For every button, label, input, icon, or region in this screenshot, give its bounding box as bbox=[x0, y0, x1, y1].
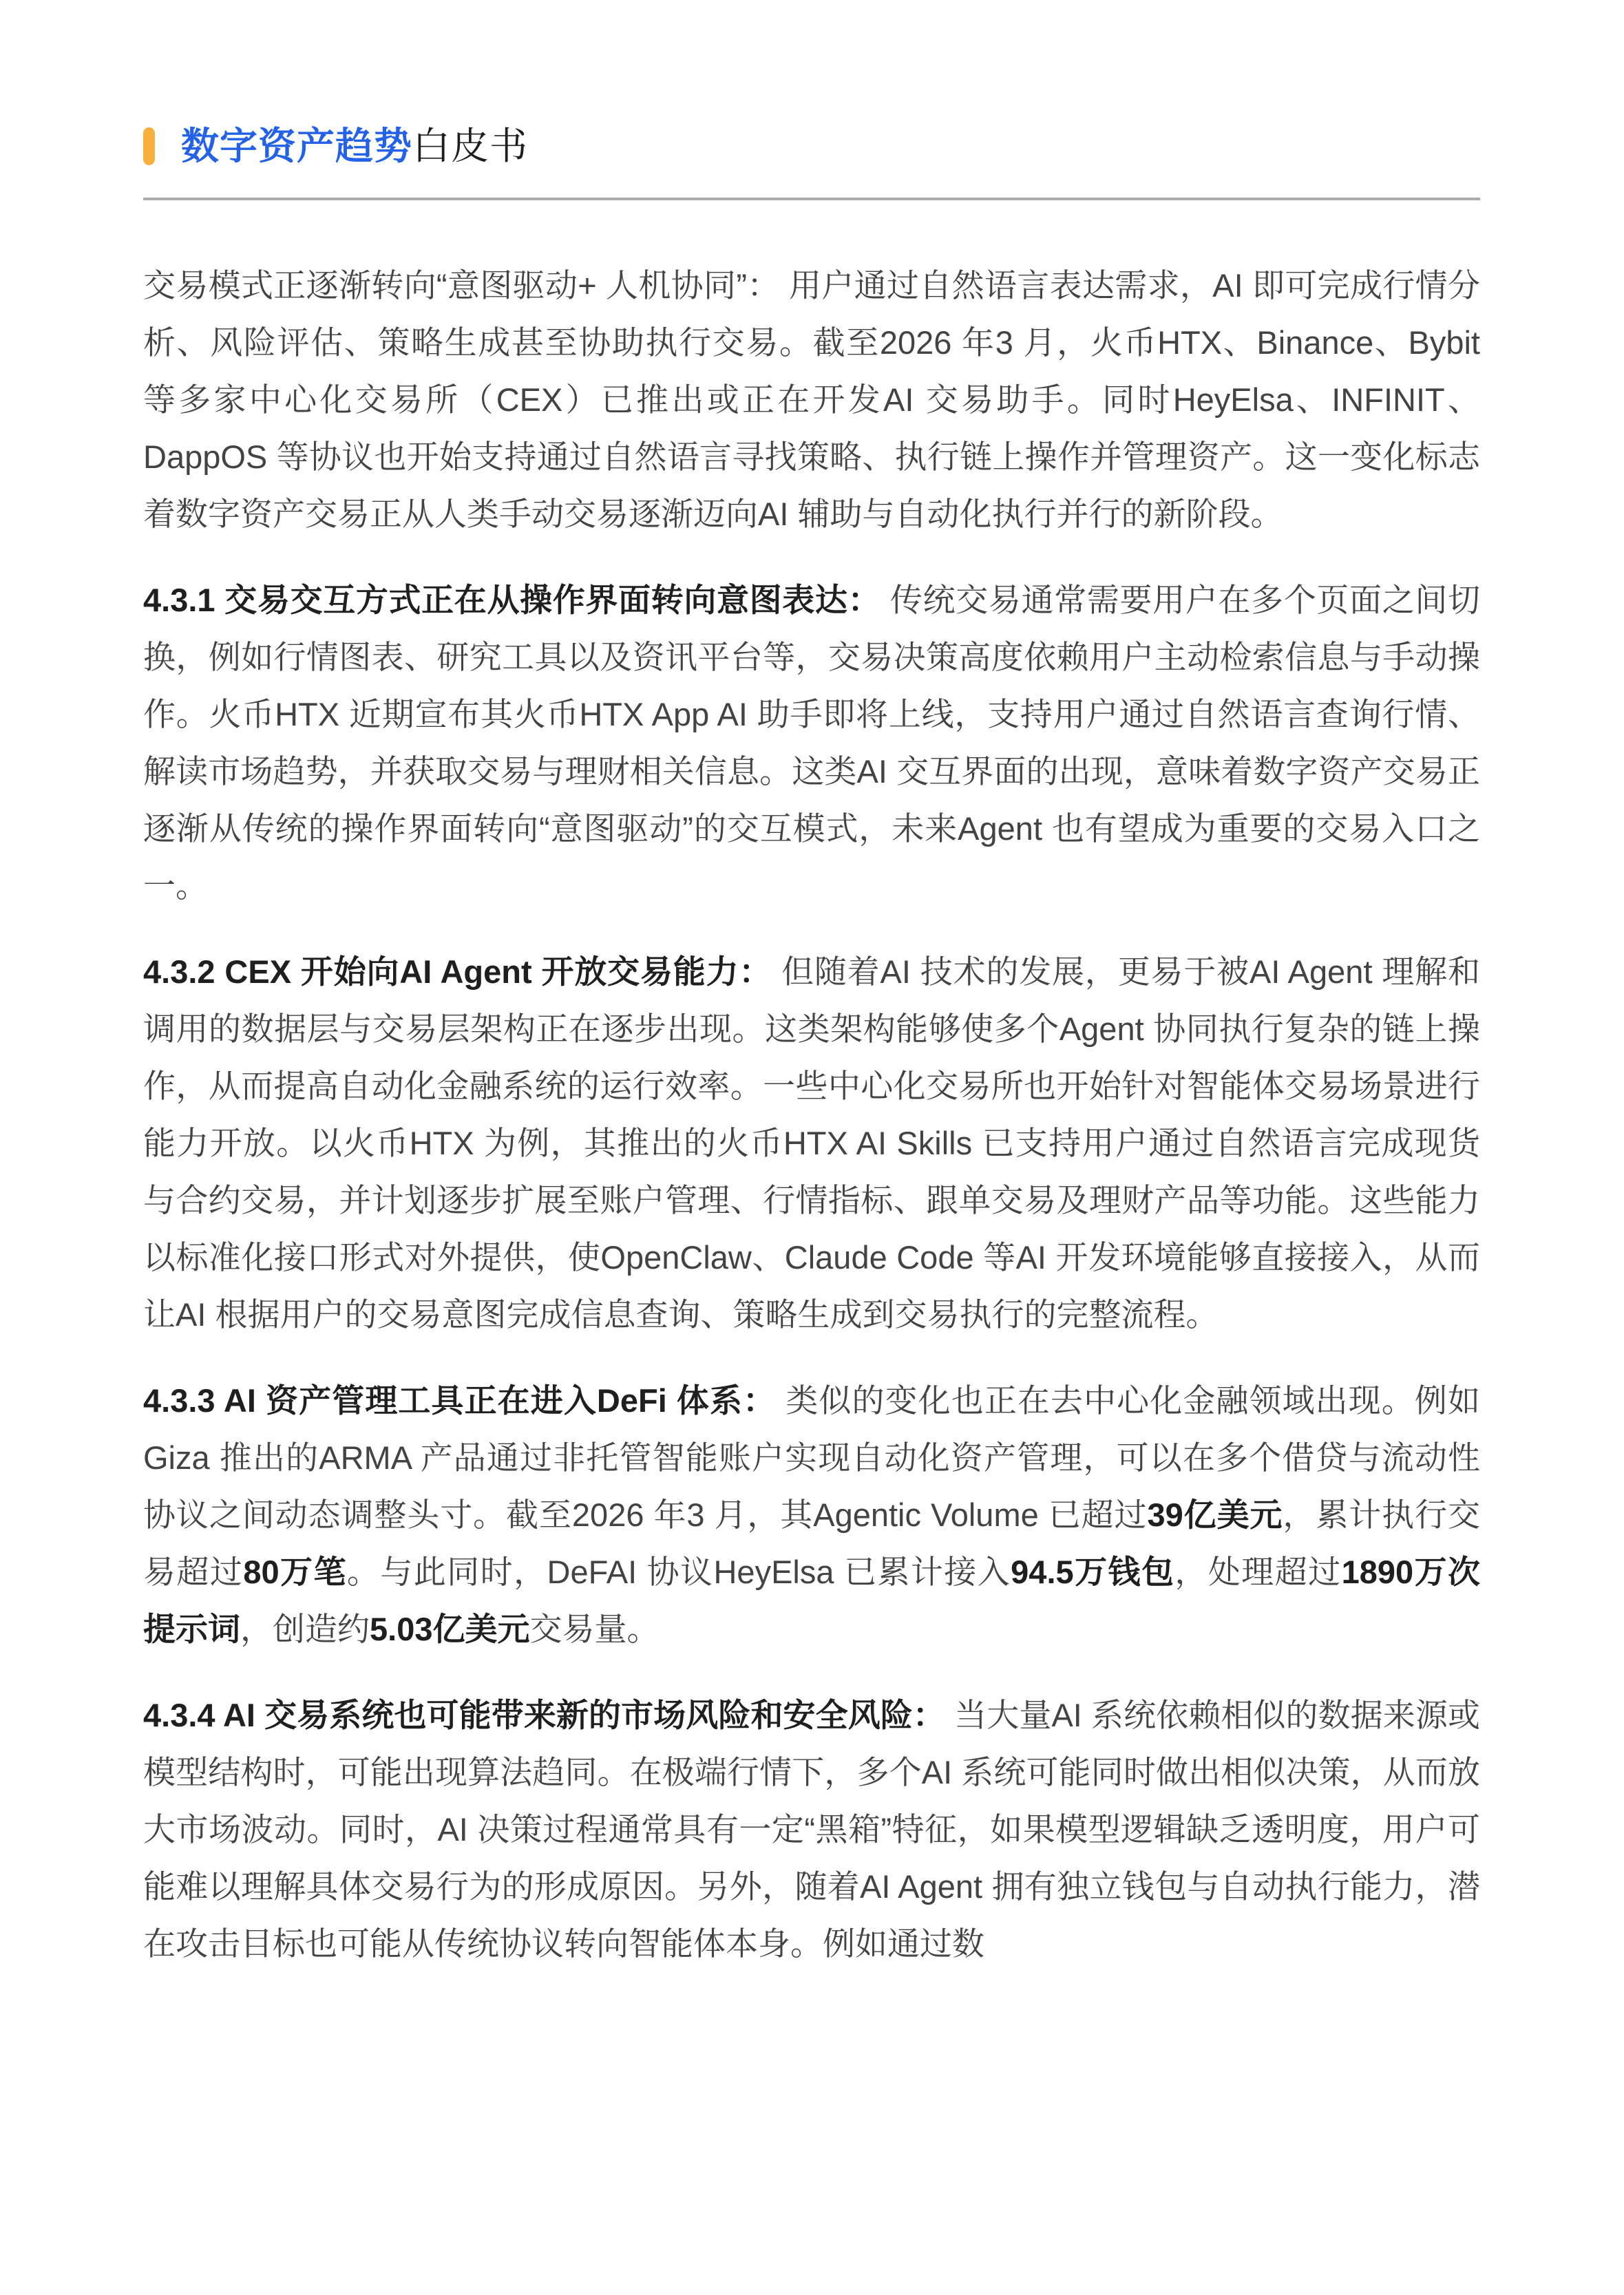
section-4-3-4-paragraph: 4.3.4 AI 交易系统也可能带来新的市场风险和安全风险： 当大量AI 系统依… bbox=[143, 1686, 1480, 1972]
text-run: 传统交易通常需要用户在多个页面之间切换，例如行情图表、研究工具以及资讯平台等，交… bbox=[143, 582, 1480, 904]
accent-bar bbox=[143, 127, 155, 165]
page-title: 数字资产趋势白皮书 bbox=[181, 126, 528, 166]
bold-text-run: 39亿美元 bbox=[1147, 1496, 1283, 1533]
article-body: 交易模式正逐渐转向“意图驱动+ 人机协同”： 用户通过自然语言表达需求，AI 即… bbox=[143, 206, 1480, 1972]
bold-text-run: 4.3.4 AI 交易系统也可能带来新的市场风险和安全风险： bbox=[143, 1697, 945, 1733]
page-content: 数字资产趋势白皮书 交易模式正逐渐转向“意图驱动+ 人机协同”： 用户通过自然语… bbox=[0, 126, 1624, 1972]
whitepaper-page: 数字资产趋势白皮书 交易模式正逐渐转向“意图驱动+ 人机协同”： 用户通过自然语… bbox=[0, 0, 1624, 2295]
bold-text-run: 4.3.3 AI 资产管理工具正在进入DeFi 体系： bbox=[143, 1382, 776, 1419]
bold-text-run: 5.03亿美元 bbox=[370, 1611, 529, 1647]
text-run: 交易模式正逐渐转向“意图驱动+ 人机协同”： 用户通过自然语言表达需求，AI 即… bbox=[143, 267, 1480, 532]
page-title-rest: 白皮书 bbox=[412, 125, 528, 167]
bold-text-run: 80万笔 bbox=[243, 1554, 347, 1590]
text-run: 但随着AI 技术的发展，更易于被AI Agent 理解和调用的数据层与交易层架构… bbox=[143, 953, 1480, 1333]
page-header: 数字资产趋势白皮书 bbox=[143, 126, 1480, 166]
page-title-highlight: 数字资产趋势 bbox=[181, 125, 412, 167]
text-run: ，处理超过 bbox=[1174, 1554, 1341, 1590]
bold-text-run: 4.3.1 交易交互方式正在从操作界面转向意图表达： bbox=[143, 582, 880, 618]
section-4-3-1-paragraph: 4.3.1 交易交互方式正在从操作界面转向意图表达： 传统交易通常需要用户在多个… bbox=[143, 571, 1480, 914]
bold-text-run: 4.3.2 CEX 开始向AI Agent 开放交易能力： bbox=[143, 953, 772, 990]
text-run: ，创造约 bbox=[240, 1611, 370, 1647]
section-4-3-2-paragraph: 4.3.2 CEX 开始向AI Agent 开放交易能力： 但随着AI 技术的发… bbox=[143, 943, 1480, 1343]
text-run: 交易量。 bbox=[529, 1611, 659, 1647]
section-4-3-3-paragraph: 4.3.3 AI 资产管理工具正在进入DeFi 体系： 类似的变化也正在去中心化… bbox=[143, 1372, 1480, 1658]
header-divider bbox=[143, 198, 1480, 200]
text-run: 。与此同时，DeFAI 协议HeyElsa 已累计接入 bbox=[347, 1554, 1011, 1590]
intro-paragraph: 交易模式正逐渐转向“意图驱动+ 人机协同”： 用户通过自然语言表达需求，AI 即… bbox=[143, 257, 1480, 542]
text-run: 当大量AI 系统依赖相似的数据来源或模型结构时，可能出现算法趋同。在极端行情下，… bbox=[143, 1697, 1480, 1962]
bold-text-run: 94.5万钱包 bbox=[1011, 1554, 1174, 1590]
